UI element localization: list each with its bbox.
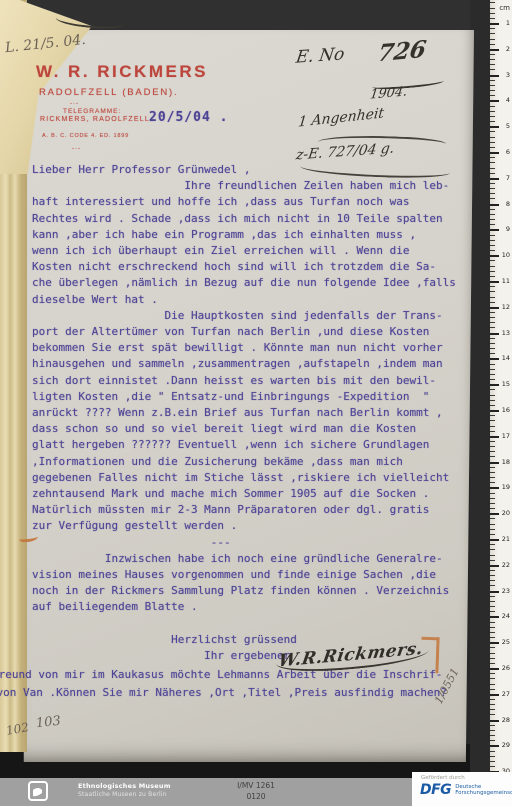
ruler-minor-tick [490,198,495,199]
ruler-minor-tick [490,756,495,757]
ruler-number: 16 [502,406,510,414]
ruler-minor-tick [490,518,495,519]
ruler-minor-tick [490,364,495,365]
ruler-number: 15 [502,380,510,388]
ruler-major-tick [490,410,499,412]
ruler-minor-tick [490,389,495,390]
ruler-minor-tick [490,529,495,530]
ruler-number: 27 [502,690,510,698]
ruler-minor-tick [490,580,495,581]
ruler-minor-tick [490,235,495,236]
ruler-minor-tick [490,297,495,298]
ruler-minor-tick [490,611,495,612]
ruler-minor-tick [490,379,495,380]
ruler: cm 1234567891011121314151617181920212223… [490,0,512,777]
ruler-minor-tick [490,322,495,323]
ruler-major-tick [490,23,499,25]
ruler-minor-tick [490,467,495,468]
ruler-number: 7 [506,174,510,182]
ruler-minor-tick [490,193,495,194]
ruler-major-tick [490,49,499,51]
ruler-number: 17 [502,432,510,440]
ruler-minor-tick [490,183,495,184]
ruler-major-tick [490,436,499,438]
ruler-major-tick [490,616,499,618]
ruler-minor-tick [490,549,495,550]
ruler-minor-tick [490,498,495,499]
ink-entry-number: 726 [376,36,428,68]
ruler-minor-tick [490,426,495,427]
ruler-minor-tick [490,663,495,664]
ruler-minor-tick [490,606,495,607]
ruler-major-tick [490,358,499,360]
ruler-number: 6 [506,148,510,156]
ruler-minor-tick [490,555,495,556]
museum-name: Ethnologisches Museum [78,782,171,790]
ruler-minor-tick [490,544,495,545]
ruler-minor-tick [490,13,495,14]
letterhead-telegram-address: RICKMERS, RADOLFZELL. [40,116,153,123]
ruler-minor-tick [490,632,495,633]
ruler-minor-tick [490,116,495,117]
ruler-major-tick [490,281,499,283]
ruler-minor-tick [490,622,495,623]
dfg-acronym: DFG [420,782,451,798]
ruler-minor-tick [490,85,495,86]
ruler-minor-tick [490,343,495,344]
ruler-minor-tick [490,482,495,483]
ruler-minor-tick [490,441,495,442]
ruler-major-tick [490,333,499,335]
ruler-minor-tick [490,276,495,277]
ruler-minor-tick [490,214,495,215]
inventory-number: I/MV 1261 [200,781,312,790]
ruler-minor-tick [490,260,495,261]
ruler-minor-tick [490,456,495,457]
ruler-minor-tick [490,69,495,70]
ruler-minor-tick [490,209,495,210]
letterhead-code-line: A. B. C. CODE 4. ED. 1899 [42,133,129,139]
ruler-major-tick [490,229,499,231]
ruler-major-tick [490,565,499,567]
ruler-minor-tick [490,266,495,267]
ruler-minor-tick [490,80,495,81]
postscript-line-1: Freund von mir im Kaukasus möchte Lehman… [0,668,442,681]
ruler-number: 9 [506,225,510,233]
ruler-minor-tick [490,121,495,122]
ruler-minor-tick [490,415,495,416]
ruler-number: 23 [502,587,510,595]
ruler-minor-tick [490,493,495,494]
ruler-minor-tick [490,730,495,731]
ruler-minor-tick [490,658,495,659]
ruler-minor-tick [490,142,495,143]
ruler-minor-tick [490,699,495,700]
archival-scan-viewport: L. 21/5. 04. E. No 726 1904. 1 Angenheit… [0,0,512,806]
ruler-minor-tick [490,420,495,421]
ruler-major-tick [490,152,499,154]
ruler-minor-tick [490,173,495,174]
ruler-minor-tick [490,431,495,432]
ruler-minor-tick [490,534,495,535]
ruler-number: 5 [506,122,510,130]
dfg-full-name: Deutsche Forschungsgemeinschaft [455,784,512,797]
ruler-major-tick [490,462,499,464]
ruler-minor-tick [490,678,495,679]
ruler-minor-tick [490,446,495,447]
ruler-minor-tick [490,575,495,576]
ruler-major-tick [490,513,499,515]
ruler-minor-tick [490,224,495,225]
ruler-minor-tick [490,503,495,504]
ruler-number: 24 [502,612,510,620]
ruler-minor-tick [490,395,495,396]
ruler-major-tick [490,720,499,722]
ruler-number: 3 [506,71,510,79]
ruler-minor-tick [490,451,495,452]
ruler-minor-tick [490,54,495,55]
ruler-number: 18 [502,458,510,466]
ruler-number: 19 [502,483,510,491]
ruler-minor-tick [490,637,495,638]
ruler-number: 22 [502,561,510,569]
ruler-number: 1 [506,19,510,27]
ruler-major-tick [490,642,499,644]
ruler-minor-tick [490,400,495,401]
ruler-minor-tick [490,472,495,473]
ruler-minor-tick [490,374,495,375]
ruler-minor-tick [490,95,495,96]
ruler-number: 14 [502,354,510,362]
ruler-minor-tick [490,725,495,726]
scan-page-number: 0120 [200,792,312,801]
ruler-minor-tick [490,327,495,328]
ruler-minor-tick [490,405,495,406]
ruler-number: 4 [506,96,510,104]
ruler-major-tick [490,694,499,696]
ruler-major-tick [490,591,499,593]
ruler-major-tick [490,539,499,541]
ruler-minor-tick [490,751,495,752]
ruler-minor-tick [490,291,495,292]
ruler-number: 10 [502,251,510,259]
ruler-major-tick [490,668,499,670]
ruler-minor-tick [490,157,495,158]
ruler-major-tick [490,487,499,489]
letterhead-divider: -·- [70,101,79,107]
ruler-number: 12 [502,303,510,311]
ruler-minor-tick [490,188,495,189]
ruler-minor-tick [490,59,495,60]
letterhead-place: RADOLFZELL (BADEN). [39,87,178,98]
ruler-minor-tick [490,714,495,715]
ruler-minor-tick [490,240,495,241]
ruler-minor-tick [490,338,495,339]
orange-bracket-mark [420,637,439,674]
ruler-minor-tick [490,312,495,313]
ruler-minor-tick [490,33,495,34]
ruler-minor-tick [490,709,495,710]
ruler-number: 29 [502,741,510,749]
ruler-minor-tick [490,647,495,648]
ruler-minor-tick [490,106,495,107]
ruler-minor-tick [490,585,495,586]
ruler-minor-tick [490,44,495,45]
ruler-minor-tick [490,369,495,370]
ruler-minor-tick [490,8,495,9]
ruler-minor-tick [490,137,495,138]
ruler-major-tick [490,126,499,128]
ruler-minor-tick [490,761,495,762]
typed-date: 20/5/04 . [149,110,228,125]
ruler-minor-tick [490,147,495,148]
museum-subtitle: Staatliche Museen zu Berlin [78,791,167,798]
ruler-major-tick [490,204,499,206]
ruler-minor-tick [490,219,495,220]
letterhead-name: W. R. RICKMERS [36,62,208,82]
ink-entry-prefix: E. No [295,44,346,68]
ruler-minor-tick [490,111,495,112]
ruler-minor-tick [490,673,495,674]
ruler-minor-tick [490,302,495,303]
ruler-minor-tick [490,508,495,509]
ruler-minor-tick [490,524,495,525]
ruler-minor-tick [490,18,495,19]
funding-label: Gefördert durch [421,775,465,781]
pencil-page-number-right: 103 [35,714,61,732]
ruler-minor-tick [490,596,495,597]
ruler-number: 11 [502,277,510,285]
ruler-minor-tick [490,689,495,690]
ruler-minor-tick [490,39,495,40]
letter-body: Lieber Herr Professor Grünwedel , Ihre f… [32,162,456,664]
ruler-minor-tick [490,740,495,741]
letterhead-telegram-label: TELEGRAMME: [63,108,121,115]
museum-logo-icon [28,781,48,801]
ruler-unit-label: cm [499,4,510,12]
ruler-minor-tick [490,560,495,561]
ruler-major-tick [490,100,499,102]
ruler-minor-tick [490,90,495,91]
ruler-number: 8 [506,200,510,208]
ruler-minor-tick [490,64,495,65]
ruler-minor-tick [490,684,495,685]
ruler-minor-tick [490,168,495,169]
ruler-minor-tick [490,653,495,654]
ruler-minor-tick [490,245,495,246]
ruler-minor-tick [490,766,495,767]
ruler-minor-tick [490,704,495,705]
ruler-minor-tick [490,271,495,272]
ruler-major-tick [490,178,499,180]
ruler-minor-tick [490,162,495,163]
ruler-minor-tick [490,286,495,287]
ruler-minor-tick [490,601,495,602]
ruler-number: 28 [502,716,510,724]
ruler-number: 21 [502,535,510,543]
ruler-minor-tick [490,735,495,736]
ruler-minor-tick [490,317,495,318]
ruler-major-tick [490,307,499,309]
ruler-minor-tick [490,2,495,3]
ruler-number: 26 [502,664,510,672]
ruler-minor-tick [490,131,495,132]
ruler-major-tick [490,75,499,77]
ruler-minor-tick [490,353,495,354]
ruler-minor-tick [490,570,495,571]
letterhead-divider: -·- [72,146,81,152]
ruler-major-tick [490,745,499,747]
ruler-minor-tick [490,627,495,628]
ruler-number: 25 [502,638,510,646]
ruler-minor-tick [490,348,495,349]
ruler-number: 20 [502,509,510,517]
postscript-line-2: ten von Van .Können Sie mir Näheres ,Ort… [0,686,447,699]
ruler-minor-tick [490,477,495,478]
dfg-logo: Gefördert durch DFG Deutsche Forschungsg… [412,772,512,806]
ruler-major-tick [490,384,499,386]
ruler-minor-tick [490,28,495,29]
ruler-number: 2 [506,45,510,53]
ruler-minor-tick [490,250,495,251]
ruler-major-tick [490,255,499,257]
ruler-number: 13 [502,329,510,337]
